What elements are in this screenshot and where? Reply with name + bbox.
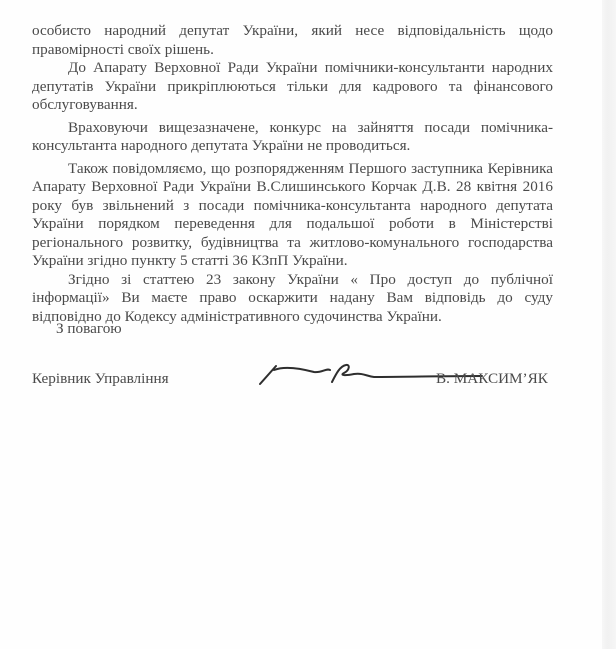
paragraph-4: Також повідомляємо, що розпорядженням Пе… xyxy=(32,160,553,271)
letter-body: особисто народний депутат України, який … xyxy=(32,22,553,326)
scanned-page-edge xyxy=(602,0,616,649)
closing-salutation: З повагою xyxy=(56,320,122,338)
signatory-name: В. МАКСИМ’ЯК xyxy=(436,370,548,388)
signature-block: Керівник Управління В. МАКСИМ’ЯК xyxy=(32,370,572,400)
paragraph-3: Враховуючи вищезазначене, конкурс на зай… xyxy=(32,119,553,156)
signatory-title: Керівник Управління xyxy=(32,370,169,388)
paragraph-1: особисто народний депутат України, який … xyxy=(32,22,553,59)
paragraph-5: Згідно зі статтею 23 закону України « Пр… xyxy=(32,271,553,327)
paragraph-2: До Апарату Верховної Ради України помічн… xyxy=(32,59,553,115)
